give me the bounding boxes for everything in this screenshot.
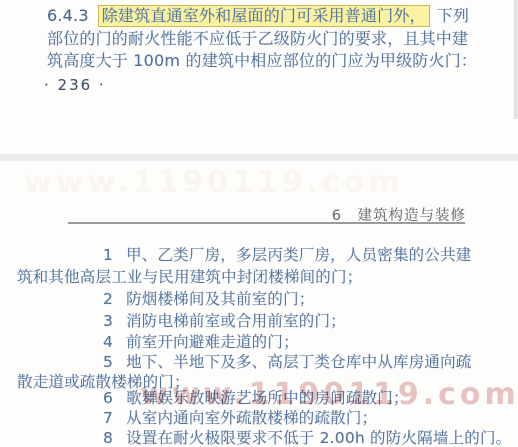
list-item-5-line-1: 5地下、半地下及多、高层丁类仓库中从库房通向疏 [103, 353, 471, 371]
list-item-8: 8设置在耐火极限要求不低于 2.00h 的防火隔墙上的门。 [103, 429, 511, 447]
item-number-4: 4 [103, 333, 113, 351]
watermark-remnant: www.1190119.com [24, 165, 404, 200]
item-3-text: 消防电梯前室或合用前室的门； [126, 312, 346, 330]
item-8-text: 设置在耐火极限要求不低于 2.00h 的防火隔墙上的门。 [126, 429, 511, 447]
scan-edge-strip [514, 0, 518, 119]
list-item-2: 2防烟楼梯间及其前室的门； [103, 290, 314, 308]
list-item-3: 3消防电梯前室或合用前室的门； [103, 312, 346, 330]
clause-line-2: 部位的门的耐火性能不应低于乙级防火门的要求，且其中建 [47, 30, 468, 48]
scanned-document-view: 6.4.3除建筑直通室外和屋面的门可采用普通门外，下列 部位的门的耐火性能不应低… [0, 0, 518, 447]
clause-line-3: 筑高度大于 100m 的建筑中相应部位的门应为甲级防火门： [47, 52, 477, 70]
item-number-8: 8 [103, 429, 113, 447]
item-number-3: 3 [103, 312, 113, 330]
item-5-text: 地下、半地下及多、高层丁类仓库中从库房通向疏 [126, 353, 471, 371]
clause-number: 6.4.3 [47, 6, 89, 25]
item-4-text: 前室开向避难走道的门； [126, 333, 299, 351]
item-number-7: 7 [103, 409, 113, 427]
item-1-text: 甲、乙类厂房，多层丙类厂房，人员密集的公共建 [126, 246, 471, 264]
item-number-5: 5 [103, 353, 113, 371]
header-rule [68, 222, 465, 224]
item-number-6: 6 [103, 389, 113, 407]
list-item-1-line-1: 1甲、乙类厂房，多层丙类厂房，人员密集的公共建 [103, 246, 471, 264]
item-number-1: 1 [103, 246, 113, 264]
list-item-4: 4前室开向避难走道的门； [103, 333, 299, 351]
clause-line-1: 6.4.3除建筑直通室外和屋面的门可采用普通门外，下列 [47, 7, 469, 25]
page-236: 6.4.3除建筑直通室外和屋面的门可采用普通门外，下列 部位的门的耐火性能不应低… [0, 0, 518, 154]
clause-line1-tail: 下列 [437, 6, 469, 25]
item-number-2: 2 [103, 290, 113, 308]
item-2-text: 防烟楼梯间及其前室的门； [126, 290, 314, 308]
list-item-1-line-2: 筑和其他高层工业与民用建筑中封闭楼梯间的门； [17, 268, 362, 286]
page-number: · 236 · [44, 76, 106, 94]
watermark: www.1190119.com [140, 377, 518, 412]
page-break-divider [0, 154, 518, 161]
highlighted-text: 除建筑直通室外和屋面的门可采用普通门外， [98, 5, 430, 27]
